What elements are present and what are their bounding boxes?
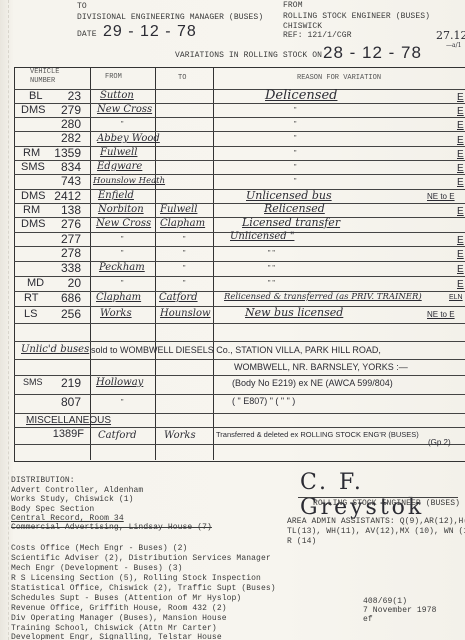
distribution-item: Advert Controller, Aldenham [11, 486, 143, 495]
row-line [14, 306, 465, 307]
mark: E [457, 106, 464, 117]
from-garage: " [121, 250, 124, 257]
signature: C. F. Greystok [300, 470, 465, 520]
distribution-item: Commercial Advertising, Lindsay House (7… [11, 523, 212, 532]
reason: New bus licensed [245, 306, 343, 319]
reason: " " [268, 250, 275, 257]
signature-line [298, 497, 458, 498]
from-garage: Abbey Wood [97, 133, 160, 144]
reason: Relicensed [264, 202, 325, 215]
to-garage: " [183, 250, 186, 257]
row-line [14, 413, 465, 414]
from-garage: " [121, 399, 124, 406]
reason: Licensed transfer [242, 216, 340, 229]
col-header-to: TO [178, 74, 186, 82]
reason-continued: (Gp 2) [428, 438, 451, 447]
from-garage: Works [100, 308, 132, 319]
distribution-item: Costs Office (Mech Engr - Buses) (2) [11, 544, 187, 553]
from-line1: ROLLING STOCK ENGINEER (BUSES) [283, 12, 430, 21]
mark: E [457, 206, 464, 217]
row-line [14, 131, 465, 132]
distribution-item: Scientific Adviser (2), Distribution Ser… [11, 554, 271, 563]
distribution-item: Div Operating Manager (Buses), Mansion H… [11, 614, 227, 623]
to-garage: " [183, 280, 186, 287]
vehicle-number: 338 [33, 261, 81, 275]
row-line [14, 146, 465, 147]
row-line [14, 217, 465, 218]
reason: " [294, 107, 297, 114]
col-header-reason: REASON FOR VARIATION [297, 74, 381, 82]
date-value: 29 - 12 - 78 [103, 23, 197, 41]
to-garage: Clapham [160, 218, 205, 229]
vehicle-number: 1359 [33, 146, 81, 160]
vehicle-number: 282 [33, 131, 81, 145]
from-garage: " [121, 236, 124, 243]
reason: " [294, 150, 297, 157]
vehicle-number: 279 [33, 103, 81, 117]
from-garage: Sutton [100, 90, 134, 101]
from-garage: Hounslow Heath [93, 176, 165, 186]
mark: NE to E [427, 192, 455, 201]
title-date: 28 - 12 - 78 [323, 43, 422, 63]
row-line [14, 444, 465, 445]
row-line [14, 261, 465, 262]
to-value: DIVISIONAL ENGINEERING MANAGER (BUSES) [77, 13, 263, 22]
from-garage: Enfield [98, 190, 134, 201]
date-label: DATE [77, 30, 97, 39]
distribution-heading: DISTRIBUTION: [11, 476, 75, 485]
mark: ELN [449, 294, 463, 301]
to-garage: " [183, 265, 186, 272]
mark: E [457, 135, 464, 146]
vehicle-number: 138 [33, 203, 81, 217]
row-line [14, 246, 465, 247]
vehicle-number: 834 [33, 160, 81, 174]
vehicle-number: 276 [33, 217, 81, 231]
vehicle-number: 807 [33, 395, 81, 409]
from-label: FROM [283, 1, 303, 10]
col-divider [90, 67, 91, 460]
mark: NE to E [427, 310, 455, 319]
distribution-item: Mech Engr (Development - Buses) (3) [11, 564, 183, 573]
to-garage: Hounslow [160, 308, 211, 319]
misc-heading: MISCELLANEOUS [26, 415, 111, 426]
vehicle-number: 20 [33, 276, 81, 290]
row-line [14, 323, 465, 324]
from-garage: Holloway [96, 377, 143, 388]
vehicle-number: 219 [33, 376, 81, 390]
reason: (Body No E219) ex NE (AWCA 599/804) [232, 378, 393, 388]
from-garage: Peckham [99, 262, 145, 273]
row-line [14, 174, 465, 175]
from-line2: CHISWICK [283, 22, 322, 31]
reason: Unlicensed " [230, 231, 294, 242]
distribution-item: Schedules Supt - Buses (Attention of Mr … [11, 594, 241, 603]
distribution-item: Works Study, Chiswick (1) [11, 495, 134, 504]
to-garage: Catford [159, 292, 198, 303]
from-garage: Fulwell [100, 147, 137, 158]
footer-ref: 408/69(1) [363, 597, 407, 606]
reason: ( " E807) " ( " " ) [232, 396, 295, 406]
mark: E [457, 163, 464, 174]
reason: Transferred & deleted ex ROLLING STOCK E… [216, 430, 419, 439]
mark: E [457, 120, 464, 131]
from-garage: Edgware [97, 161, 142, 172]
area-admin-line3: R (14) [287, 537, 316, 546]
row-line [14, 341, 465, 342]
to-garage: Fulwell [160, 204, 197, 215]
col-header-number: NUMBER [30, 77, 55, 85]
reason: Unlicensed bus [246, 189, 332, 202]
distribution-item: Body Spec Section [11, 505, 94, 514]
reason: " " [268, 265, 275, 272]
distribution-item: Revenue Office, Griffith House, Room 432… [11, 604, 227, 613]
distribution-item: Statistical Office, Chiswick (2), Traffi… [11, 584, 276, 593]
row-line [14, 189, 465, 190]
reason: " [294, 121, 297, 128]
mark: E [457, 149, 464, 160]
from-garage: New Cross [97, 104, 152, 115]
col-header-vehicle: VEHICLE [30, 68, 59, 76]
from-garage: " [121, 121, 124, 128]
col-divider [155, 67, 156, 460]
row-line [14, 103, 465, 104]
from-garage: Clapham [96, 292, 141, 303]
footer-initials: ef [363, 615, 373, 624]
signature-title: ROLLING STOCK ENGINEER (BUSES) [313, 499, 460, 508]
distribution-item: R S Licensing Section (5), Rolling Stock… [11, 574, 261, 583]
title-prefix: VARIATIONS IN ROLLING STOCK ON [175, 51, 322, 60]
vehicle-number: 256 [33, 307, 81, 321]
from-garage: " [121, 280, 124, 287]
mark: E [457, 249, 464, 260]
col-header-from: FROM [105, 73, 122, 81]
sold-note-prefix: Unlic'd buses [21, 344, 89, 355]
mark: E [457, 235, 464, 246]
sold-note-line1: sold to WOMBWELL DIESELS Co., STATION VI… [91, 345, 381, 355]
footer-date: 7 November 1978 [363, 606, 437, 615]
vehicle-number: 1389F [36, 428, 84, 440]
sold-note-line2: WOMBWELL, NR. BARNSLEY, YORKS :— [234, 362, 408, 372]
mark: E [457, 264, 464, 275]
col-divider [213, 67, 214, 460]
row-line [14, 394, 465, 395]
area-admin-line2: TL(13), WH(11), AV(12),MX (10), WN (15), [287, 527, 465, 536]
to-garage: Works [164, 430, 196, 441]
row-line [14, 359, 465, 360]
vehicle-number: 2412 [33, 189, 81, 203]
margin-note-2: —a/1 [446, 42, 461, 49]
row-line [14, 117, 465, 118]
vehicle-number: 23 [33, 89, 81, 103]
punched-edge [0, 0, 9, 640]
area-admin-line1: AREA ADMIN ASSISTANTS: Q(9),AR(12),H(12)… [287, 517, 465, 526]
to-label: TO [77, 2, 87, 11]
row-line [14, 160, 465, 161]
reason: " " [268, 280, 275, 287]
distribution-item: Development Engr, Signalling, Telstar Ho… [11, 633, 222, 640]
reason: " [294, 135, 297, 142]
from-garage: Catford [98, 430, 137, 441]
to-garage: " [183, 236, 186, 243]
vehicle-number: 743 [33, 174, 81, 188]
row-line [14, 276, 465, 277]
from-garage: Norbiton [98, 204, 144, 215]
mark: E [457, 177, 464, 188]
row-line [14, 89, 465, 90]
margin-note: 27.12 [436, 29, 465, 42]
vehicle-number: 277 [33, 232, 81, 246]
reason: " [294, 178, 297, 185]
reason: Relicensed & transferred (as PRIV. TRAIN… [224, 292, 422, 302]
reference: REF: 121/1/CGR [283, 31, 352, 40]
from-garage: New Cross [96, 218, 151, 229]
vehicle-number: 280 [33, 117, 81, 131]
row-line [14, 375, 465, 376]
distribution-item: Central Record, Room 34 [11, 514, 124, 523]
mark: E [457, 92, 464, 103]
distribution-item: Training School, Chiswick (Attn Mr Carte… [11, 624, 217, 633]
reason: Delicensed [265, 88, 337, 103]
mark: E [457, 279, 464, 290]
vehicle-number: 278 [33, 246, 81, 260]
reason: " [294, 164, 297, 171]
vehicle-number: 686 [33, 291, 81, 305]
row-line [14, 203, 465, 204]
